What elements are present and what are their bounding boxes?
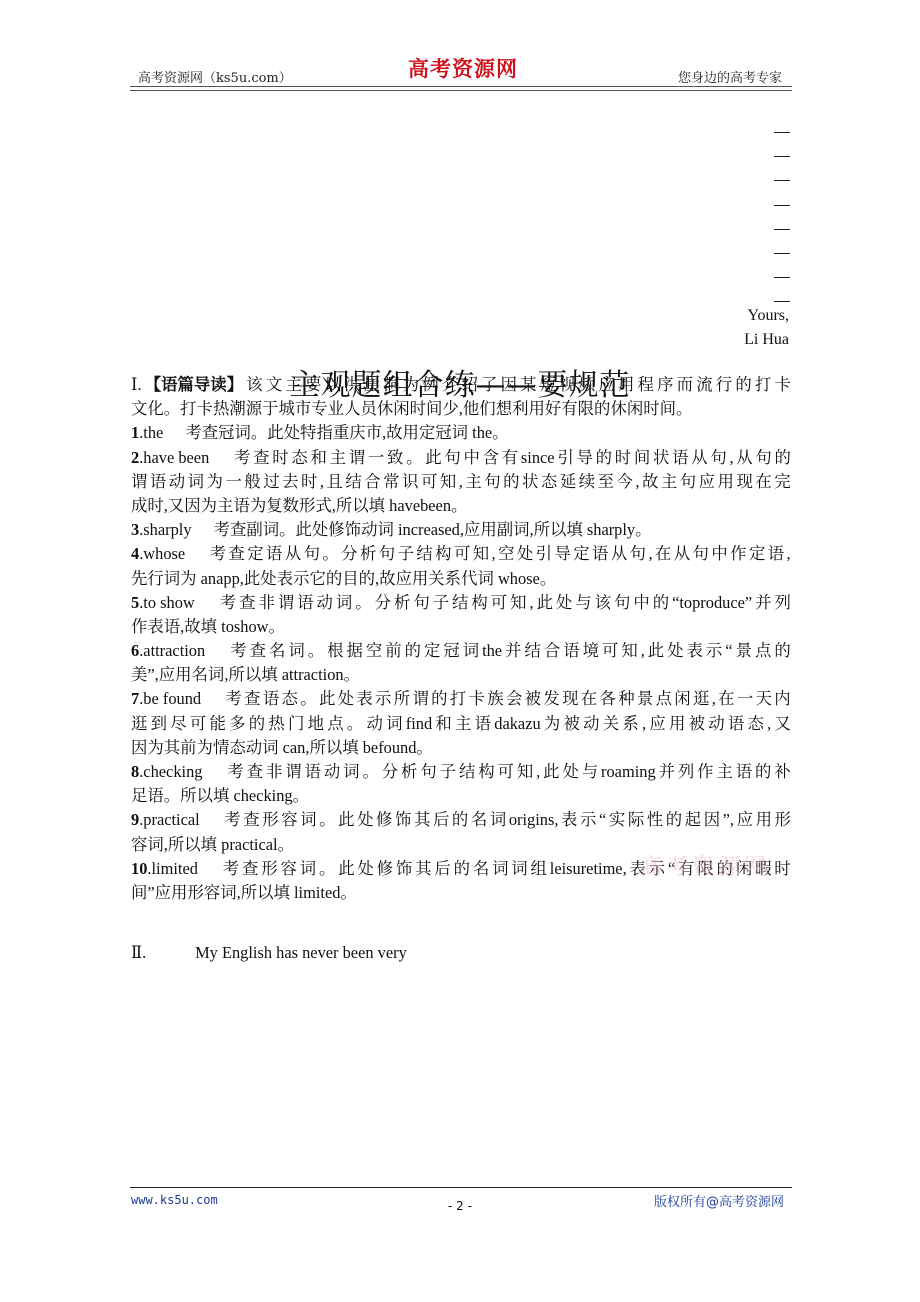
explanation-text: 中 (464, 446, 480, 470)
explanation-text: 语 (305, 760, 321, 784)
explanation-text: 非 (258, 591, 274, 615)
explanation-text: 从 (285, 542, 301, 566)
explanation-text: 考 (223, 857, 239, 881)
explanation-text: origins, (509, 808, 559, 832)
explanation-text: 与 (575, 591, 591, 615)
text-line: 8.checking考查非谓语动词。分析句子结构可知,此处与roaming并列作… (131, 760, 791, 784)
explanation-text: 语 (563, 639, 579, 663)
explanation-text: 。 (322, 542, 338, 566)
explanation-text: 处 (562, 760, 578, 784)
explanation-text: 可 (421, 470, 437, 494)
explanation-text: 分 (341, 542, 357, 566)
explanation-text: 词 (336, 591, 352, 615)
explanation-text: 因为其前为情态动词 can,所以填 befound。 (131, 736, 433, 760)
explanation-text: 可 (454, 542, 470, 566)
footer-copyright: 版权所有@高考资源网 (654, 1191, 784, 1210)
explanation-text: 表 (356, 687, 372, 711)
explanation-text: 打 (450, 687, 466, 711)
explanation-text: 析 (360, 542, 376, 566)
explanation-text: 又 (774, 712, 790, 736)
explanation-text: 处 (517, 542, 533, 566)
explanation-text: 容 (280, 857, 296, 881)
explanation-text: 知 (621, 639, 637, 663)
explanation-text: 子 (433, 591, 449, 615)
explanation-text: 空 (366, 639, 382, 663)
explanation-text: 而 (677, 373, 693, 397)
explanation-text: 且 (327, 470, 343, 494)
explanation-text: 的 (653, 591, 669, 615)
explanation-text: 结 (459, 760, 475, 784)
text-line: 5.to show考查非谓语动词。分析句子结构可知,此处与该句中的“toprod… (131, 591, 791, 615)
explanation-text: , (635, 470, 639, 494)
explanation-text: 现 (562, 687, 578, 711)
explanation-text: 其 (414, 808, 430, 832)
explanation-text: 词 (300, 857, 316, 881)
explanation-text: 并 (505, 639, 521, 663)
item-number: 8 (131, 760, 139, 784)
explanation-text: , (459, 470, 463, 494)
explanation-text: 名 (269, 639, 285, 663)
explanation-text: 此 (425, 446, 441, 470)
explanation-text: 各 (599, 687, 615, 711)
explanation-text: 应 (699, 470, 715, 494)
explanation-text: 以 (325, 373, 341, 397)
header-logo: 高考资源网 (408, 53, 518, 83)
explanation-text: 语 (266, 542, 282, 566)
text-line: 美”,应用名词,所以填 attraction。 (131, 663, 791, 687)
explanation-text: 的 (755, 760, 771, 784)
section-two: Ⅱ. My English has never been very (131, 943, 407, 963)
explanation-text: 点 (656, 687, 672, 711)
explanation-text: 从 (674, 542, 690, 566)
explanation-text: 词 (300, 808, 316, 832)
answer-key: .practical (139, 808, 200, 832)
explanation-text: 句 (413, 591, 429, 615)
explanation-text: 词 (490, 808, 506, 832)
explanation-text: 从 (736, 446, 752, 470)
text-line: 成时,又因为主语为复数形式,所以填 havebeen。 (131, 494, 791, 518)
explanation-text: 逛 (693, 687, 709, 711)
explanation-text: 子 (398, 542, 414, 566)
explanation-text: 语 (736, 760, 752, 784)
explanation-text: 从 (691, 446, 707, 470)
explanation-text: 景 (637, 687, 653, 711)
explanation-text: 时 (301, 470, 317, 494)
answer-key: .the (139, 421, 163, 445)
explanation-text: 动 (317, 591, 333, 615)
explanation-text: , (712, 687, 716, 711)
explanation-text: 的 (452, 808, 468, 832)
explanation-text: “ (725, 639, 732, 663)
explanation-text: 定 (573, 542, 589, 566)
text-line: 1.the考查冠词。此处特指重庆市,故用定冠词 the。 (131, 421, 791, 445)
explanation-text: 词 (343, 760, 359, 784)
explanation-text: 常 (383, 470, 399, 494)
explanation-text: 定 (247, 542, 263, 566)
explanation-text: 一 (737, 687, 753, 711)
text-line: 3.sharply考查副词。此处修饰动词 increased,应用副词,所以填 … (131, 518, 791, 542)
explanation-text: 尽 (170, 712, 186, 736)
explanation-text: 在 (655, 542, 671, 566)
explanation-text: 冠 (443, 639, 459, 663)
explanation-text: 续 (579, 470, 595, 494)
explanation-text: 引 (557, 446, 573, 470)
text-line: Ⅰ.【语篇导读】该文主要以洪崖洞为例介绍了因某短视频应用程序而流行的打卡 (131, 373, 791, 397)
explanation-text: 某 (520, 373, 536, 397)
explanation-text: 列 (678, 760, 694, 784)
explanation-text: 处 (357, 857, 373, 881)
explanation-text: 表 (561, 808, 577, 832)
explanation-text: 现 (736, 470, 752, 494)
explanation-text: 并 (659, 760, 675, 784)
explanation-text: 性 (647, 808, 663, 832)
explanation-text: 族 (487, 687, 503, 711)
explanation-text: 句 (710, 446, 726, 470)
explanation-text: 为 (207, 470, 223, 494)
blank-line (774, 195, 790, 219)
explanation-text: 构 (435, 542, 451, 566)
answer-key: .to show (139, 591, 195, 615)
footer-divider (130, 1187, 792, 1188)
explanation-text: 动 (367, 712, 383, 736)
explanation-text: 语 (768, 542, 784, 566)
explanation-text: 天 (756, 687, 772, 711)
explanation-text: 。 (362, 760, 378, 784)
explanation-text: 知 (517, 760, 533, 784)
explanation-text: 有 (502, 446, 518, 470)
explanation-text: 状 (522, 470, 538, 494)
item-number: 7 (131, 687, 139, 711)
explanation-text: leisuretime, (550, 857, 627, 881)
explanation-text: 动 (324, 760, 340, 784)
explanation-text: 态 (291, 446, 307, 470)
letter-signature: Li Hua (744, 331, 789, 349)
explanation-text: 查 (244, 687, 260, 711)
explanation-text: 。 (347, 712, 363, 736)
explanation-text: 今 (616, 470, 632, 494)
explanation-text: 句 (444, 446, 460, 470)
explanation-text: 内 (774, 687, 790, 711)
explanation-text: 考查冠词。此处特指重庆市,故用定冠词 the。 (185, 421, 508, 445)
explanation-text: 的 (405, 639, 421, 663)
explanation-text: 此 (338, 857, 354, 881)
explanation-text: 与 (582, 760, 598, 784)
explanation-text: 崖 (364, 373, 380, 397)
explanation-text: 知 (510, 591, 526, 615)
header-divider (130, 86, 792, 91)
explanation-text: 作 (697, 760, 713, 784)
explanation-text: 语 (475, 712, 491, 736)
item-number: 10 (131, 857, 147, 881)
explanation-text: , (536, 760, 540, 784)
explanation-text: “ (599, 808, 606, 832)
item-number: 2 (131, 446, 139, 470)
explanation-text: 形 (775, 808, 791, 832)
explanation-text: 成时,又因为主语为复数形式,所以填 havebeen。 (131, 494, 467, 518)
explanation-text: 修 (376, 808, 392, 832)
answer-key: .limited (147, 857, 198, 881)
explanation-text: 补 (774, 760, 790, 784)
explanation-text: 考 (234, 446, 250, 470)
item-number: 1 (131, 421, 139, 445)
explanation-text: 程 (638, 373, 654, 397)
explanation-text: 完 (774, 470, 790, 494)
page-header: 高考资源网（ks5u.com） 高考资源网 您身边的高考专家 (130, 58, 790, 88)
explanation-text: 种 (618, 687, 634, 711)
watermark: 高考资源网 (640, 850, 770, 881)
explanation-text: 卡 (774, 373, 790, 397)
explanation-text: 形 (261, 857, 277, 881)
explanation-text: 含 (483, 446, 499, 470)
explanation-text: 处 (667, 639, 683, 663)
explanation-text: 打 (755, 373, 771, 397)
explanation-text: 过 (263, 470, 279, 494)
explanation-text: 故 (642, 470, 658, 494)
explanation-text: 短 (540, 373, 556, 397)
explanation-text: 查 (239, 591, 255, 615)
text-line: 逛到尽可能多的热门地点。动词find和主语dakazu为被动关系,应用被动语态,… (131, 712, 791, 736)
explanation-text: 为 (403, 373, 419, 397)
explanation-text: 的 (249, 712, 265, 736)
text-line: 间”应用形容词,所以填 limited。 (131, 881, 791, 905)
explanation-text: 文化。打卡热潮源于城市专业人员休闲时间少,他们想利用好有限的休闲时间。 (131, 397, 692, 421)
explanation-text: 绍 (461, 373, 477, 397)
explanation-text: 示 (580, 808, 596, 832)
explanation-text: 态 (282, 687, 298, 711)
explanation-text: 的 (431, 687, 447, 711)
explanation-text: 查 (253, 446, 269, 470)
explanation-text: 后 (433, 808, 449, 832)
text-line: 作表语,故填 toshow。 (131, 615, 791, 639)
explanation-text: 句 (693, 542, 709, 566)
explanation-text: , (320, 470, 324, 494)
explanation-text: 考 (224, 808, 240, 832)
explanation-text: 考 (227, 760, 243, 784)
explanation-text: 句 (379, 542, 395, 566)
explanation-text: , (641, 639, 645, 663)
explanation-text: , (729, 446, 733, 470)
text-line: 4.whose考查定语从句。分析句子结构可知,空处引导定语从句,在从句中作定语, (131, 542, 791, 566)
explanation-text: 考 (230, 639, 246, 663)
explanation-text: 语 (728, 712, 744, 736)
explanation-text: 介 (442, 373, 458, 397)
explanation-text: 点 (327, 712, 343, 736)
explanation-text: 句 (630, 542, 646, 566)
blank-line (774, 267, 790, 291)
explanation-text: 此 (319, 687, 335, 711)
explanation-text: , (787, 542, 791, 566)
explanation-text: 查 (247, 760, 263, 784)
explanation-text: 动 (583, 712, 599, 736)
header-slogan: 您身边的高考专家 (678, 67, 782, 86)
explanation-text: 此 (543, 760, 559, 784)
explanation-text: 的 (666, 808, 682, 832)
explanation-text: 句 (420, 760, 436, 784)
text-line: 因为其前为情态动词 can,所以填 befound。 (131, 736, 791, 760)
answer-key: .checking (139, 760, 202, 784)
explanation-text: 知 (473, 542, 489, 566)
explanation-text: 卡 (469, 687, 485, 711)
answer-key: .sharply (139, 518, 191, 542)
explanation-text: 境 (583, 639, 599, 663)
answer-key: .be found (139, 687, 201, 711)
explanation-text: 析 (394, 591, 410, 615)
section-two-number: Ⅱ. (131, 943, 191, 963)
item-number: 6 (131, 639, 139, 663)
explanation-text: 分 (375, 591, 391, 615)
explanation-text: 系 (622, 712, 638, 736)
text-line: 6.attraction考查名词。根据空前的定冠词the并结合语境可知,此处表示… (131, 639, 791, 663)
explanation-text: 其 (415, 857, 431, 881)
explanation-text: 谓 (278, 591, 294, 615)
explanation-text: 形 (262, 808, 278, 832)
explanation-text: 主 (285, 373, 301, 397)
explanation-text: 作 (730, 542, 746, 566)
explanation-text: 词 (492, 857, 508, 881)
explanation-text: the (482, 639, 502, 663)
explanation-text: 容 (281, 808, 297, 832)
explanation-text: 主 (465, 470, 481, 494)
explanation-text: 语 (592, 542, 608, 566)
letter-closing: Yours, (747, 307, 789, 325)
explanation-text: dakazu (494, 712, 540, 736)
explanation-text: 至 (598, 470, 614, 494)
item-number: 4 (131, 542, 139, 566)
explanation-text: 的 (774, 639, 790, 663)
explanation-text: 可 (190, 712, 206, 736)
explanation-text: 句 (680, 470, 696, 494)
explanation-text: 和 (311, 446, 327, 470)
text-line: 2.have been考查时态和主谓一致。此句中含有since引导的时间状语从句… (131, 446, 791, 470)
explanation-text: 的 (503, 470, 519, 494)
explanation-text: 导 (576, 446, 592, 470)
explanation-text: since (521, 446, 555, 470)
explanation-text: 示 (375, 687, 391, 711)
explanation-text: 非 (266, 760, 282, 784)
explanation-text: 可 (602, 639, 618, 663)
explanation-text: 构 (478, 760, 494, 784)
explanation-text: 引 (536, 542, 552, 566)
explanation-text: 空 (498, 542, 514, 566)
explanation-text: 的 (775, 446, 791, 470)
explanation-text: 应 (598, 373, 614, 397)
explanation-text: 中 (711, 542, 727, 566)
header-site-name: 高考资源网（ks5u.com） (138, 67, 292, 86)
explanation-text: 会 (506, 687, 522, 711)
explanation-text: 考 (220, 591, 236, 615)
explanation-text: 般 (244, 470, 260, 494)
blank-line (774, 243, 790, 267)
explanation-text: 查 (243, 808, 259, 832)
explanation-text: roaming (601, 760, 656, 784)
explanation-text: 致 (387, 446, 403, 470)
explanation-text: 组 (531, 857, 547, 881)
explanation-text: , (642, 712, 646, 736)
explanation-text: 容词,所以填 practical。 (131, 833, 294, 857)
explanation-text: 的 (735, 373, 751, 397)
explanation-text: 应 (649, 712, 665, 736)
text-line: 先行词为 anapp,此处表示它的目的,故应用关系代词 whose。 (131, 567, 791, 591)
explanation-text: 查 (242, 857, 258, 881)
explanation-text: find (406, 712, 432, 736)
explanation-text: 名 (471, 808, 487, 832)
explanation-text: 。 (319, 808, 335, 832)
explanation-text: 例 (422, 373, 438, 397)
explanation-text: 一 (368, 446, 384, 470)
explanation-text: 点 (755, 639, 771, 663)
explanation-text: 据 (346, 639, 362, 663)
text-line: 文化。打卡热潮源于城市专业人员休闲时间少,他们想利用好有限的休闲时间。 (131, 397, 791, 421)
letter-blank-lines (774, 122, 790, 316)
explanation-text: 在 (581, 687, 597, 711)
explanation-text: 的 (454, 857, 470, 881)
explanation-text: 延 (560, 470, 576, 494)
explanation-text: 谓 (285, 760, 301, 784)
explanation-text: 一 (225, 470, 241, 494)
explanation-text: , (529, 591, 533, 615)
blank-line (774, 170, 790, 194)
explanation-text: 用 (756, 808, 772, 832)
explanation-text: 可 (491, 591, 507, 615)
explanation-text: 定 (424, 639, 440, 663)
answer-key: .whose (139, 542, 185, 566)
explanation-text: “toproduce” (672, 591, 752, 615)
explanation-text: 频 (579, 373, 595, 397)
explanation-text: 分 (382, 760, 398, 784)
explanation-text: 合 (364, 470, 380, 494)
explanation-text: 句 (304, 542, 320, 566)
explanation-text: 。 (355, 591, 371, 615)
explanation-text: 析 (401, 760, 417, 784)
explanation-text: 考 (225, 687, 241, 711)
explanation-text: 用 (618, 373, 634, 397)
explanation-text: 词 (463, 639, 479, 663)
explanation-text: 词 (288, 639, 304, 663)
explanation-text: 多 (229, 712, 245, 736)
explanation-text: 行 (716, 373, 732, 397)
explanation-text: 时 (272, 446, 288, 470)
explanation-text: 。 (300, 687, 316, 711)
explanation-text: 为 (544, 712, 560, 736)
explanation-text: 谓 (131, 470, 147, 494)
blank-line (774, 122, 790, 146)
text-line: 9.practical考查形容词。此处修饰其后的名词origins,表示“实际性… (131, 808, 791, 832)
explanation-text: 际 (628, 808, 644, 832)
explanation-text: 的 (596, 446, 612, 470)
explanation-text: 因 (704, 808, 720, 832)
explanation-text: 并 (755, 591, 771, 615)
explanation-text: 识 (402, 470, 418, 494)
text-line: 足语。所以填 checking。 (131, 784, 791, 808)
item-number: 5 (131, 591, 139, 615)
explanation-text: 所 (394, 687, 410, 711)
item-number: 3 (131, 518, 139, 542)
explanation-text: 考 (210, 542, 226, 566)
explanation-text: 间 (634, 446, 650, 470)
explanation-text: 结 (345, 470, 361, 494)
explanation-text: , (648, 542, 652, 566)
explanation-text: 被 (689, 712, 705, 736)
explanation-text: 语 (297, 591, 313, 615)
explanation-text: 语 (672, 446, 688, 470)
explanation-text: 结 (416, 542, 432, 566)
explanation-text: 饰 (396, 857, 412, 881)
explanation-text: 知 (440, 470, 456, 494)
explanation-text: 足语。所以填 checking。 (131, 784, 309, 808)
explanation-text: 应 (737, 808, 753, 832)
explanation-text: 热 (268, 712, 284, 736)
explanation-text: 处 (338, 687, 354, 711)
